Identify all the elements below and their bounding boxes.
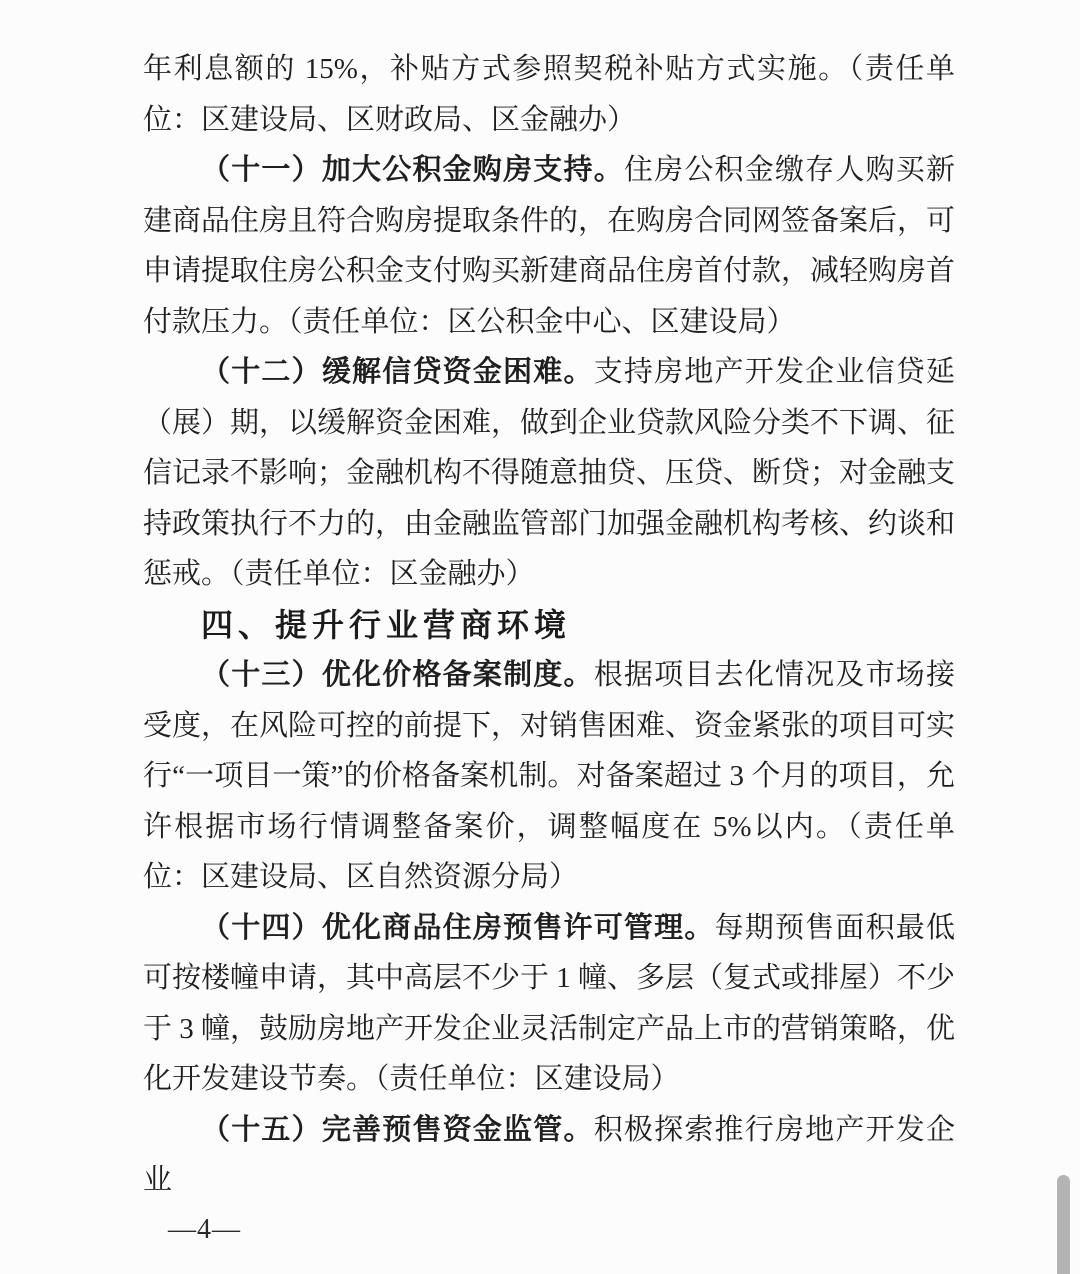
clause-title: （十二）缓解信贷资金困难。 [201, 356, 594, 388]
paragraph-continuation: 年利息额的 15%，补贴方式参照契税补贴方式实施。（责任单位：区建设局、区财政局… [143, 44, 955, 145]
paragraph-item-11: （十一）加大公积金购房支持。住房公积金缴存人购买新建商品住房且符合购房提取条件的… [143, 145, 955, 347]
paragraph-item-12: （十二）缓解信贷资金困难。支持房地产开发企业信贷延（展）期，以缓解资金困难，做到… [143, 347, 955, 600]
paragraph-item-13: （十三）优化价格备案制度。根据项目去化情况及市场接受度，在风险可控的前提下，对销… [143, 650, 955, 903]
document-page: 年利息额的 15%，补贴方式参照契税补贴方式实施。（责任单位：区建设局、区财政局… [0, 0, 1080, 1274]
paragraph-item-14: （十四）优化商品住房预售许可管理。每期预售面积最低可按楼幢申请，其中高层不少于 … [143, 903, 955, 1105]
paragraph-item-15: （十五）完善预售资金监管。积极探索推行房地产开发企业 [143, 1105, 955, 1206]
clause-body: 年利息额的 15%，补贴方式参照契税补贴方式实施。（责任单位：区建设局、区财政局… [143, 53, 955, 136]
clause-title: （十三）优化价格备案制度。 [201, 659, 594, 691]
clause-body: 支持房地产开发企业信贷延（展）期，以缓解资金困难，做到企业贷款风险分类不下调、征… [143, 356, 955, 590]
page-number: —4— [168, 1205, 241, 1255]
scrollbar-thumb[interactable] [1057, 1175, 1070, 1274]
clause-title: （十四）优化商品住房预售许可管理。 [201, 912, 715, 944]
clause-body: 根据项目去化情况及市场接受度，在风险可控的前提下，对销售困难、资金紧张的项目可实… [143, 659, 955, 893]
document-body: 年利息额的 15%，补贴方式参照契税补贴方式实施。（责任单位：区建设局、区财政局… [143, 44, 955, 1206]
section-heading-4: 四、提升行业营商环境 [143, 600, 955, 651]
clause-title: （十一）加大公积金购房支持。 [201, 154, 624, 186]
clause-title: （十五）完善预售资金监管。 [201, 1114, 594, 1146]
